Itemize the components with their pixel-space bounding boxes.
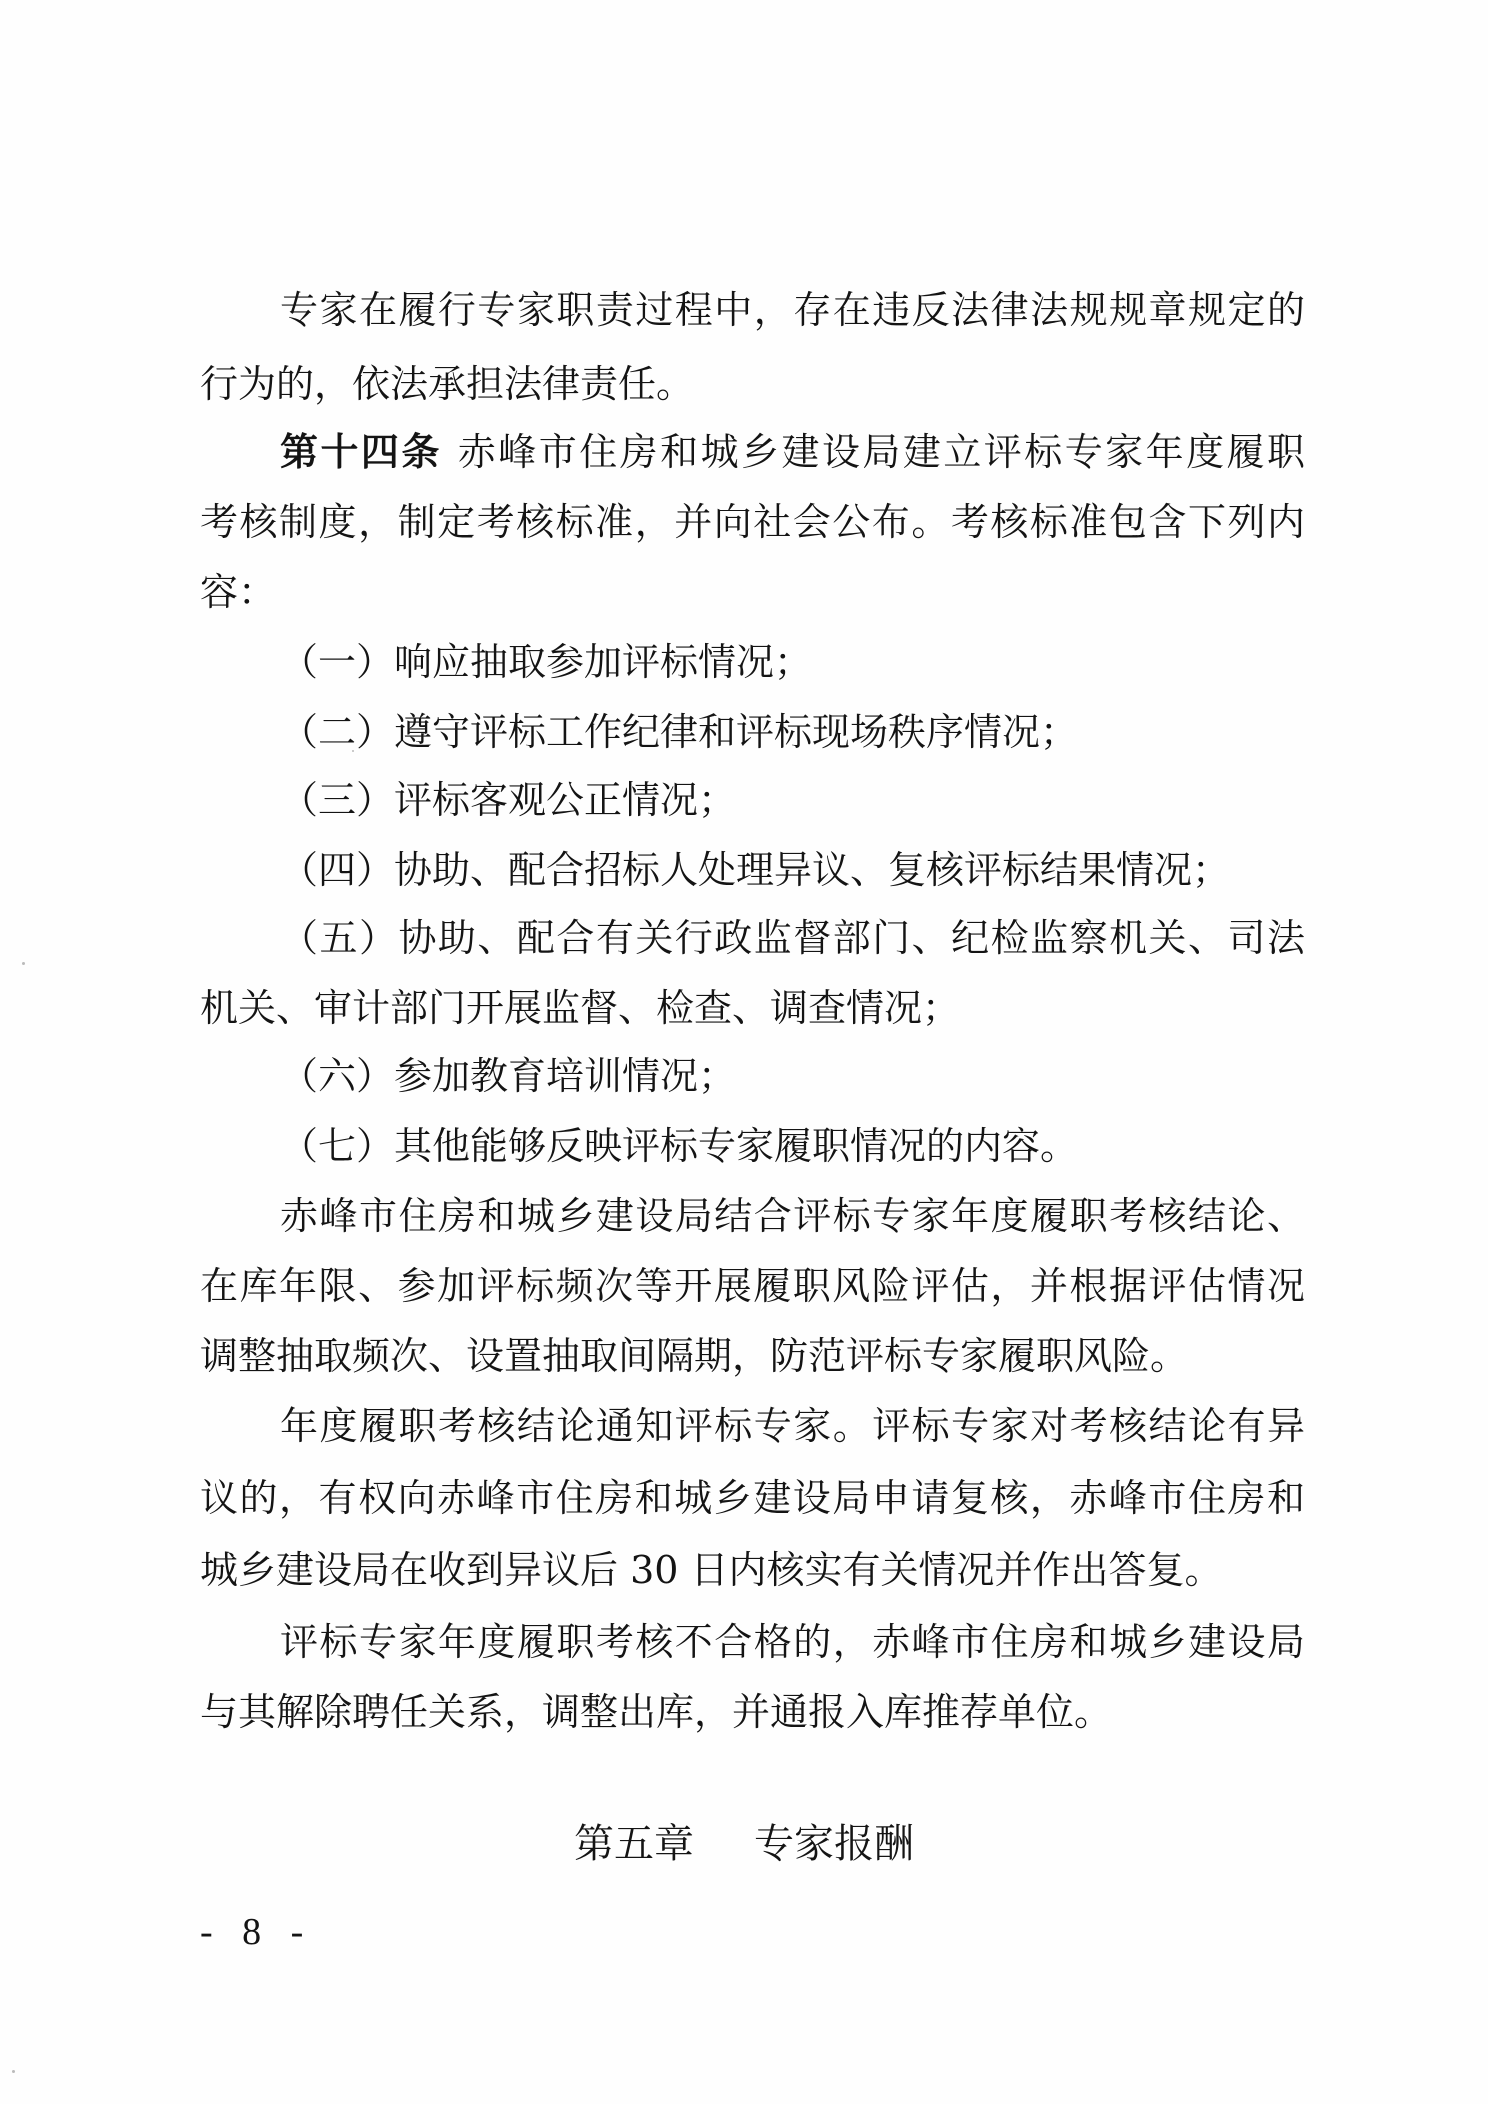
article-14-text: 赤峰市住房和城乡建设局建立评标专家年度履职	[458, 430, 1305, 474]
criteria-item-6: （六）参加教育培训情况；	[280, 1052, 1305, 1100]
paragraph-liability-line-1: 专家在履行专家职责过程中，存在违反法律法规规章规定的	[280, 286, 1305, 334]
scan-speck	[22, 962, 25, 965]
paragraph-review-line-2: 议的，有权向赤峰市住房和城乡建设局申请复核，赤峰市住房和	[200, 1474, 1305, 1522]
page-number: - 8 -	[200, 1908, 313, 1956]
article-14-line-3: 容：	[200, 568, 1305, 616]
criteria-item-3: （三）评标客观公正情况；	[280, 776, 1305, 824]
criteria-item-4: （四）协助、配合招标人处理异议、复核评标结果情况；	[280, 846, 1305, 894]
scan-speck	[352, 750, 354, 752]
article-14-line-1: 第十四条赤峰市住房和城乡建设局建立评标专家年度履职	[280, 428, 1305, 476]
criteria-item-7: （七）其他能够反映评标专家履职情况的内容。	[280, 1122, 1305, 1170]
paragraph-unqualified-line-2: 与其解除聘任关系，调整出库，并通报入库推荐单位。	[200, 1688, 1305, 1736]
criteria-item-2: （二）遵守评标工作纪律和评标现场秩序情况；	[280, 708, 1305, 756]
paragraph-risk-line-1: 赤峰市住房和城乡建设局结合评标专家年度履职考核结论、	[280, 1192, 1305, 1240]
document-page: 专家在履行专家职责过程中，存在违反法律法规规章规定的 行为的，依法承担法律责任。…	[0, 0, 1488, 2104]
criteria-item-5-line-1: （五）协助、配合有关行政监督部门、纪检监察机关、司法	[280, 914, 1305, 962]
article-14-line-2: 考核制度，制定考核标准，并向社会公布。考核标准包含下列内	[200, 498, 1305, 546]
chapter-heading: 第五章专家报酬	[0, 1818, 1488, 1870]
paragraph-risk-line-2: 在库年限、参加评标频次等开展履职风险评估，并根据评估情况	[200, 1262, 1305, 1310]
paragraph-liability-line-2: 行为的，依法承担法律责任。	[200, 360, 1305, 408]
article-number: 第十四条	[280, 430, 442, 474]
paragraph-risk-line-3: 调整抽取频次、设置抽取间隔期，防范评标专家履职风险。	[200, 1332, 1305, 1380]
criteria-item-5-line-2: 机关、审计部门开展监督、检查、调查情况；	[200, 984, 1305, 1032]
criteria-item-1: （一）响应抽取参加评标情况；	[280, 638, 1305, 686]
scan-speck	[12, 2070, 15, 2073]
chapter-title: 专家报酬	[754, 1821, 914, 1867]
paragraph-unqualified-line-1: 评标专家年度履职考核不合格的，赤峰市住房和城乡建设局	[280, 1618, 1305, 1666]
chapter-number: 第五章	[574, 1821, 694, 1867]
paragraph-review-line-1: 年度履职考核结论通知评标专家。评标专家对考核结论有异	[280, 1402, 1305, 1450]
paragraph-review-line-3: 城乡建设局在收到异议后 30 日内核实有关情况并作出答复。	[200, 1546, 1305, 1594]
